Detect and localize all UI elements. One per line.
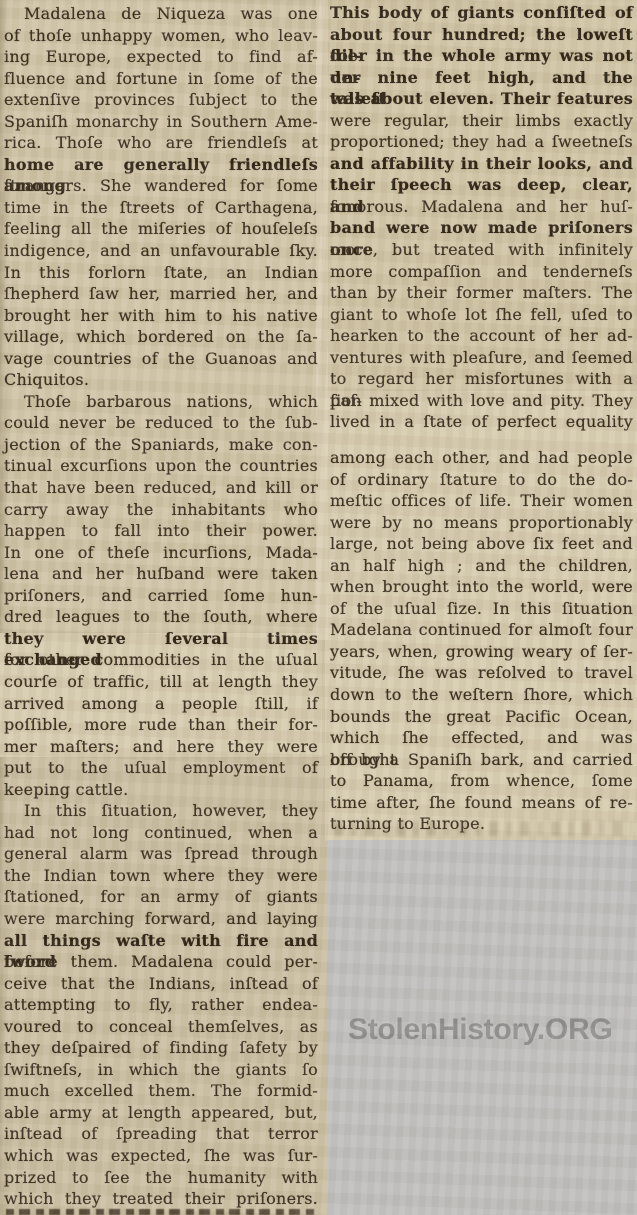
text-line: ſonorous. Madalena and her huſ- bbox=[330, 196, 633, 218]
text-line: ſtationed, for an army of giants bbox=[4, 886, 318, 908]
left-text-column: Madalena de Niqueza was oneof thoſe unha… bbox=[4, 3, 318, 1210]
text-line: which they treated their priſoners. bbox=[4, 1188, 318, 1210]
text-line: lived in a ſtate of perfect equality bbox=[330, 411, 633, 433]
text-line: proportioned; they had a ſweetneſs bbox=[330, 131, 633, 153]
text-line: years, when, growing weary of ſer- bbox=[330, 641, 633, 663]
text-line: carry away the inhabitants who bbox=[4, 499, 318, 521]
text-line: happen to fall into their power. bbox=[4, 520, 318, 542]
text-line: hearken to the account of her ad- bbox=[330, 325, 633, 347]
text-line: than by their former maſters. The bbox=[330, 282, 633, 304]
text-line: of the uſual ſize. In this ſituation bbox=[330, 598, 633, 620]
text-line: among each other, and had people bbox=[330, 447, 633, 469]
text-line: to Panama, from whence, ſome bbox=[330, 770, 633, 792]
text-line: ſtrangers. She wandered for ſome bbox=[4, 175, 318, 197]
text-line: large, not being above ſix feet and bbox=[330, 533, 633, 555]
text-line: indigence, and an unfavourable ſky. bbox=[4, 240, 318, 262]
text-line: ing Europe, expected to find af- bbox=[4, 46, 318, 68]
text-line: band were now made priſoners once bbox=[330, 217, 633, 239]
text-line: all things waſte with fire and ſword bbox=[4, 930, 318, 952]
text-line: Chiquitos. bbox=[4, 369, 318, 391]
text-line: This body of giants conſiſted of bbox=[330, 2, 633, 24]
text-line: time in the ſtreets of Carthagena, bbox=[4, 197, 318, 219]
text-line: In this forlorn ſtate, an Indian bbox=[4, 262, 318, 284]
text-line: meſtic offices of life. Their women bbox=[330, 490, 633, 512]
text-line: more, but treated with infinitely bbox=[330, 239, 633, 261]
text-line: could never be reduced to the ſub- bbox=[4, 412, 318, 434]
text-line: an half high ; and the children, bbox=[330, 555, 633, 577]
text-line: home are generally friendleſs among bbox=[4, 154, 318, 176]
clipped-bottom-line bbox=[6, 1209, 316, 1215]
text-line: of ordinary ſtature to do the do- bbox=[330, 469, 633, 491]
text-line: keeping cattle. bbox=[4, 779, 318, 801]
text-line: to regard her misfortunes with a paſ- bbox=[330, 368, 633, 390]
text-line: and affability in their looks, and bbox=[330, 153, 633, 175]
text-line: that have been reduced, and kill or bbox=[4, 477, 318, 499]
text-line: before them. Madalena could per- bbox=[4, 951, 318, 973]
text-line: which ſhe effected, and was brought bbox=[330, 727, 633, 749]
text-line: Spaniſh monarchy in Southern Ame- bbox=[4, 111, 318, 133]
text-line: about four hundred; the loweſt ſol- bbox=[330, 24, 633, 46]
text-line: rica. Thoſe who are friendleſs at bbox=[4, 132, 318, 154]
text-line: which was expected, ſhe was ſur- bbox=[4, 1145, 318, 1167]
text-line: more compaſſion and tenderneſs bbox=[330, 261, 633, 283]
text-line: bounds the great Pacific Ocean, bbox=[330, 706, 633, 728]
text-line: ventures with pleaſure, and ſeemed bbox=[330, 347, 633, 369]
text-line: dier in the whole army was not un- bbox=[330, 45, 633, 67]
text-line: ſion mixed with love and pity. They bbox=[330, 390, 633, 412]
text-line: voured to conceal themſelves, as bbox=[4, 1016, 318, 1038]
text-line: were regular, their limbs exactly bbox=[330, 110, 633, 132]
text-line: jection of the Spaniards, make con- bbox=[4, 434, 318, 456]
text-line: priſoners, and carried ſome hun- bbox=[4, 585, 318, 607]
text-line: of thoſe unhappy women, who leav- bbox=[4, 25, 318, 47]
text-line: lena and her huſband were taken bbox=[4, 563, 318, 585]
text-line: the Indian town where they were bbox=[4, 865, 318, 887]
text-line: for other commodities in the uſual bbox=[4, 649, 318, 671]
text-line: tinual excurſions upon the countries bbox=[4, 455, 318, 477]
text-line: Madalena de Niqueza was one bbox=[4, 3, 318, 25]
text-line: giant to whoſe lot ſhe fell, uſed to bbox=[330, 304, 633, 326]
text-line: were by no means proportionably bbox=[330, 512, 633, 534]
text-line: feeling all the miſeries of houſeleſs bbox=[4, 218, 318, 240]
text-line: ceive that the Indians, inſtead of bbox=[4, 973, 318, 995]
text-line: was about eleven. Their features bbox=[330, 88, 633, 110]
text-line: general alarm was ſpread through bbox=[4, 843, 318, 865]
text-line: put to the uſual employment of bbox=[4, 757, 318, 779]
text-line: they were ſeveral times exchanged bbox=[4, 628, 318, 650]
text-line: vage countries of the Guanoas and bbox=[4, 348, 318, 370]
text-line: poſſible, more rude than their for- bbox=[4, 714, 318, 736]
text-line: down to the weſtern ſhore, which bbox=[330, 684, 633, 706]
text-line: der nine feet high, and the talleſt bbox=[330, 67, 633, 89]
text-line: extenſive provinces ſubject to the bbox=[4, 89, 318, 111]
text-line: mer maſters; and here they were bbox=[4, 736, 318, 758]
text-line: courſe of traffic, till at length they bbox=[4, 671, 318, 693]
right-text-column-bottom: among each other, and had peopleof ordin… bbox=[330, 447, 633, 835]
text-line: Madelana continued for almoſt four bbox=[330, 619, 633, 641]
text-line: brought her with him to his native bbox=[4, 305, 318, 327]
text-line: In one of theſe incurſions, Mada- bbox=[4, 542, 318, 564]
text-line: attempting to fly, rather endea- bbox=[4, 994, 318, 1016]
text-line: dred leagues to the ſouth, where bbox=[4, 606, 318, 628]
text-line: In this ſituation, however, they bbox=[4, 800, 318, 822]
text-line: had not long continued, when a bbox=[4, 822, 318, 844]
text-line: ſhepherd ſaw her, married her, and bbox=[4, 283, 318, 305]
text-line: their ſpeech was deep, clear, and bbox=[330, 174, 633, 196]
text-line: time after, ſhe found means of re- bbox=[330, 792, 633, 814]
text-line: vitude, ſhe was reſolved to travel bbox=[330, 662, 633, 684]
right-text-column-top: This body of giants conſiſted ofabout fo… bbox=[330, 2, 633, 433]
text-line: turning to Europe. bbox=[330, 813, 633, 835]
text-line: off by a Spaniſh bark, and carried bbox=[330, 749, 633, 771]
text-line: when brought into the world, were bbox=[330, 576, 633, 598]
text-line: inſtead of ſpreading that terror bbox=[4, 1123, 318, 1145]
stolenhistory-watermark: StolenHistory.ORG bbox=[348, 1013, 634, 1047]
text-line: village, which bordered on the ſa- bbox=[4, 326, 318, 348]
text-line: able army at length appeared, but, bbox=[4, 1102, 318, 1124]
text-line: prized to ſee the humanity with bbox=[4, 1167, 318, 1189]
text-line: ſwiftneſs, in which the giants ſo bbox=[4, 1059, 318, 1081]
text-line: arrived among a people ſtill, if bbox=[4, 693, 318, 715]
text-line: were marching forward, and laying bbox=[4, 908, 318, 930]
text-line: much excelled them. The formid- bbox=[4, 1080, 318, 1102]
scanned-book-page: Madalena de Niqueza was oneof thoſe unha… bbox=[0, 0, 637, 1215]
text-line: fluence and fortune in ſome of the bbox=[4, 68, 318, 90]
text-line: they deſpaired of finding ſafety by bbox=[4, 1037, 318, 1059]
text-line: Thoſe barbarous nations, which bbox=[4, 391, 318, 413]
